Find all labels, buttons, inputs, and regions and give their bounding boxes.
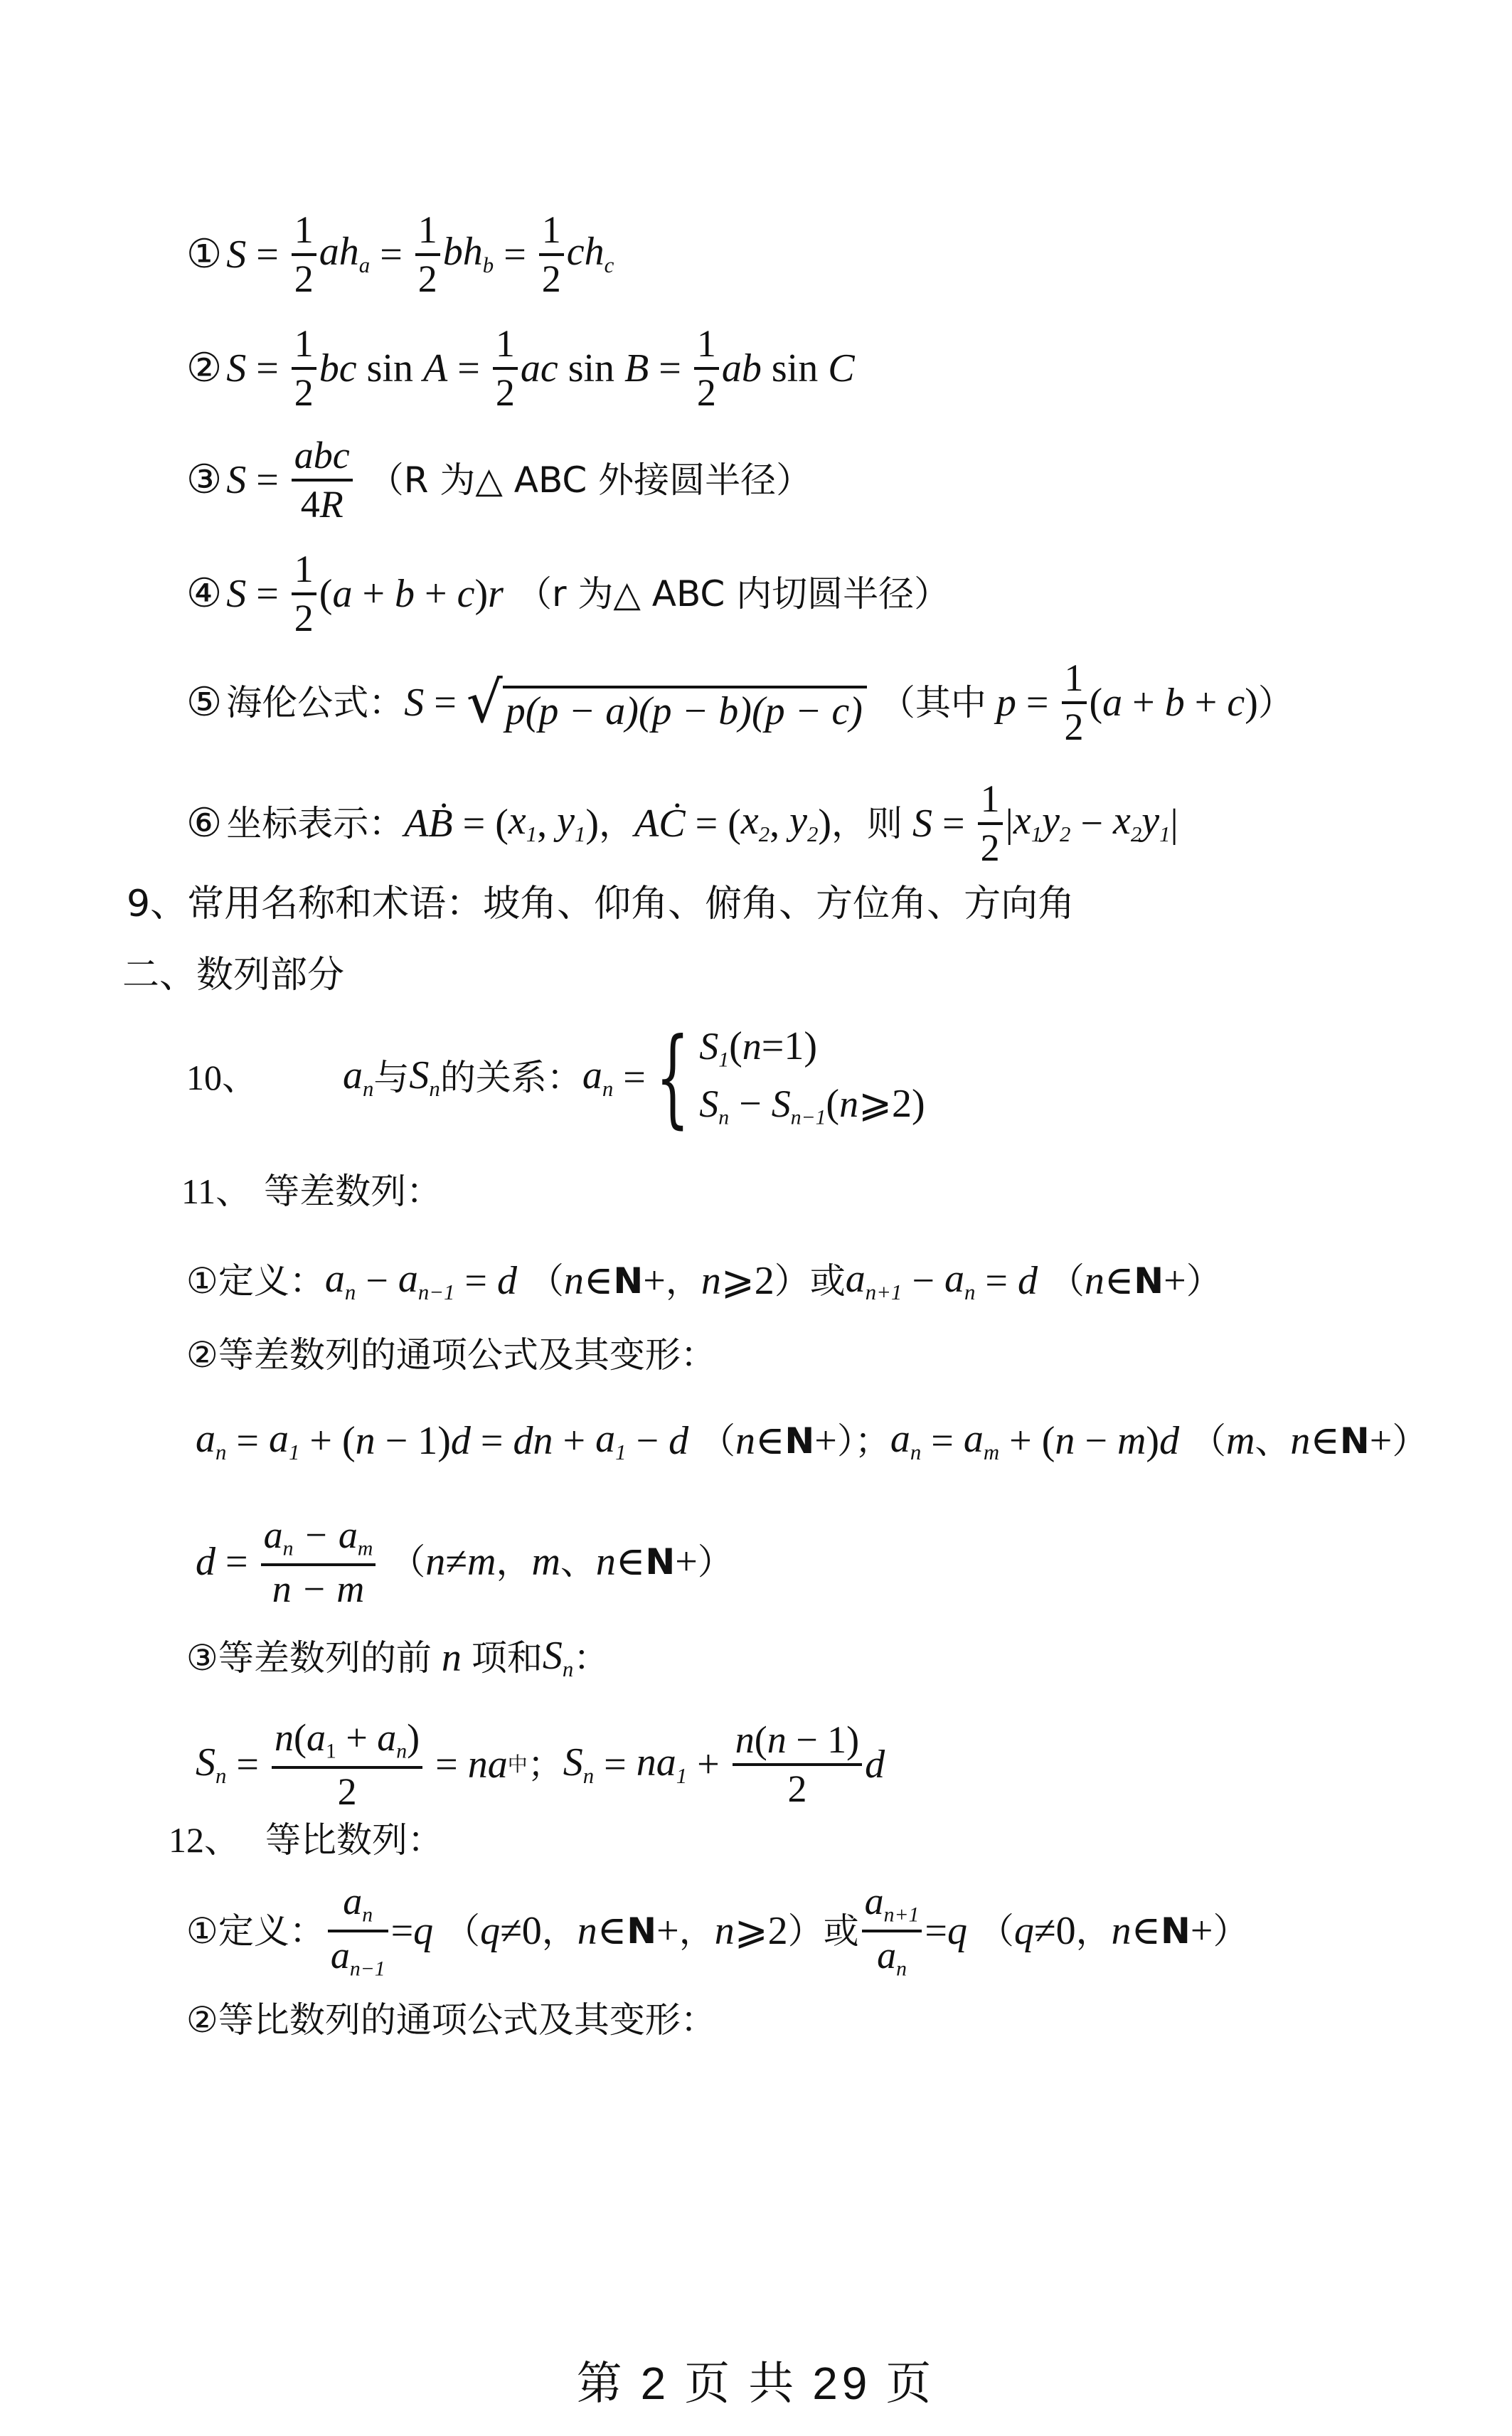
heron-label: 海伦公式：	[226, 685, 404, 720]
general-term-label: ②等比数列的通项公式及其变形：	[186, 2002, 716, 2038]
circled-number-5: ⑤	[186, 683, 222, 723]
middle-subscript: 中	[508, 1755, 528, 1775]
circled-number-1: ①	[186, 235, 222, 275]
area-formula-5-heron: ⑤ 海伦公式： S = √p(p − a)(p − b)(p − c) （其中 …	[186, 658, 1294, 747]
page-number: 2	[641, 2358, 671, 2409]
page-footer: 第2页共29页	[0, 2347, 1512, 2413]
definition-label: ①定义：	[186, 1263, 325, 1299]
inradius-note: （r 为△ ABC 内切圆半径）	[516, 576, 949, 612]
area-formula-1: ① S = 12 aha = 12 bhb = 12 chc	[186, 210, 614, 299]
arithmetic-general-term-label: ②等差数列的通项公式及其变形：	[186, 1337, 716, 1373]
sum-label-prefix: ③等差数列的前	[186, 1640, 432, 1676]
geometric-general-term-label: ②等比数列的通项公式及其变形：	[186, 2002, 716, 2038]
text-relation: 的关系：	[440, 1060, 582, 1095]
circled-number-3: ③	[186, 460, 222, 500]
section-2-title: 二、数列部分	[122, 957, 344, 994]
or-text: 或	[824, 1913, 859, 1949]
fraction-sum-1: n(a1 + an)2	[272, 1718, 422, 1812]
page-prefix: 第	[577, 2358, 627, 2409]
fraction-sum-2: n(n − 1)2	[733, 1720, 862, 1809]
fraction-one-half: 12	[292, 210, 316, 299]
coordinate-label: 坐标表示：	[226, 806, 404, 841]
arithmetic-definition: ①定义： an − an−1 = d （n∈N+，n⩾2） 或 an+1 − a…	[186, 1259, 1222, 1304]
fraction-one-half: 12	[539, 210, 564, 299]
text-with: 与	[373, 1060, 409, 1095]
note-suffix: ）	[1258, 685, 1294, 720]
geometric-definition: ①定义： anan−1 =q （q≠0，n∈N+，n⩾2） 或 an+1an =…	[186, 1881, 1249, 1980]
circumradius-note: （R 为△ ABC 外接圆半径）	[368, 462, 811, 498]
item-12-geometric-title: 12、 等比数列：	[169, 1822, 443, 1858]
arithmetic-common-difference-formula: d = an − amn − m （n≠m，m、n∈N+）	[196, 1515, 733, 1609]
item-11-arithmetic-title: 11、 等差数列：	[181, 1174, 442, 1209]
note-prefix: （其中	[880, 685, 986, 720]
area-formula-6-coordinates: ⑥ 坐标表示： AḂ = (x1, y1)， AĊ = (x2, y2) ，…	[186, 779, 1178, 868]
area-formula-3: ③ S = abc4R （R 为△ ABC 外接圆半径）	[186, 435, 811, 524]
fraction-ratio-2: an+1an	[862, 1881, 922, 1980]
item-10-an-sn-relation: 10、 an 与 Sn 的关系： an = { S1(n=1) Sn − Sn−…	[186, 1024, 925, 1131]
item-title: 等差数列：	[264, 1174, 442, 1209]
item-title: 等比数列：	[265, 1822, 443, 1858]
piecewise-brace: { S1(n=1) Sn − Sn−1(n⩾2)	[646, 1024, 925, 1131]
square-root: √p(p − a)(p − b)(p − c)	[467, 674, 867, 731]
arithmetic-sum-formula: Sn = n(a1 + an)2 = na中 ； Sn = na1 + n(n …	[196, 1718, 885, 1812]
fraction-one-half: 12	[292, 324, 316, 413]
general-term-label: ②等差数列的通项公式及其变形：	[186, 1337, 716, 1373]
fraction-d: an − amn − m	[261, 1515, 376, 1609]
circled-number-2: ②	[186, 349, 222, 388]
fraction-one-half: 12	[978, 779, 1003, 868]
item-number: 11、	[181, 1174, 251, 1209]
item-number: 10、	[186, 1060, 257, 1095]
circled-number-4: ④	[186, 574, 222, 614]
sum-label-suffix: ：	[573, 1640, 609, 1676]
item-number: 12、	[169, 1822, 240, 1858]
total-prefix: 共	[748, 2358, 798, 2409]
fraction-one-half: 12	[1062, 658, 1087, 747]
fraction-one-half: 12	[493, 324, 518, 413]
item-9-terms: 9、 常用名称和术语：坡角、仰角、俯角、方位角、方向角	[127, 885, 1075, 922]
or-text: 或	[810, 1263, 846, 1299]
sum-label-mid: 项和	[472, 1640, 543, 1676]
page-mid: 页	[684, 2358, 734, 2409]
area-formula-2: ② S = 12 bc sin A = 12 ac sin B = 12 ab …	[186, 324, 855, 413]
circled-number-6: ⑥	[186, 804, 222, 844]
area-formula-4: ④ S = 12 (a + b + c)r （r 为△ ABC 内切圆半径）	[186, 549, 949, 638]
item-text: 常用名称和术语：坡角、仰角、俯角、方位角、方向角	[187, 885, 1075, 922]
fraction-ratio-1: anan−1	[328, 1881, 388, 1980]
then-text: ，则	[831, 806, 903, 841]
page-suffix: 页	[885, 2358, 935, 2409]
arithmetic-general-term-formula: an = a1 + (n − 1)d = dn + a1 − d （n∈N+）；…	[196, 1419, 1427, 1464]
item-number: 9、	[127, 885, 187, 922]
total-pages: 29	[812, 2358, 871, 2409]
section-title: 二、数列部分	[122, 957, 344, 994]
arithmetic-sum-label: ③等差数列的前 n 项和 Sn ：	[186, 1636, 609, 1681]
fraction-one-half: 12	[694, 324, 719, 413]
fraction-one-half: 12	[292, 549, 316, 638]
fraction-abc-over-4r: abc4R	[292, 435, 353, 524]
fraction-one-half: 12	[415, 210, 440, 299]
definition-label: ①定义：	[186, 1913, 325, 1949]
